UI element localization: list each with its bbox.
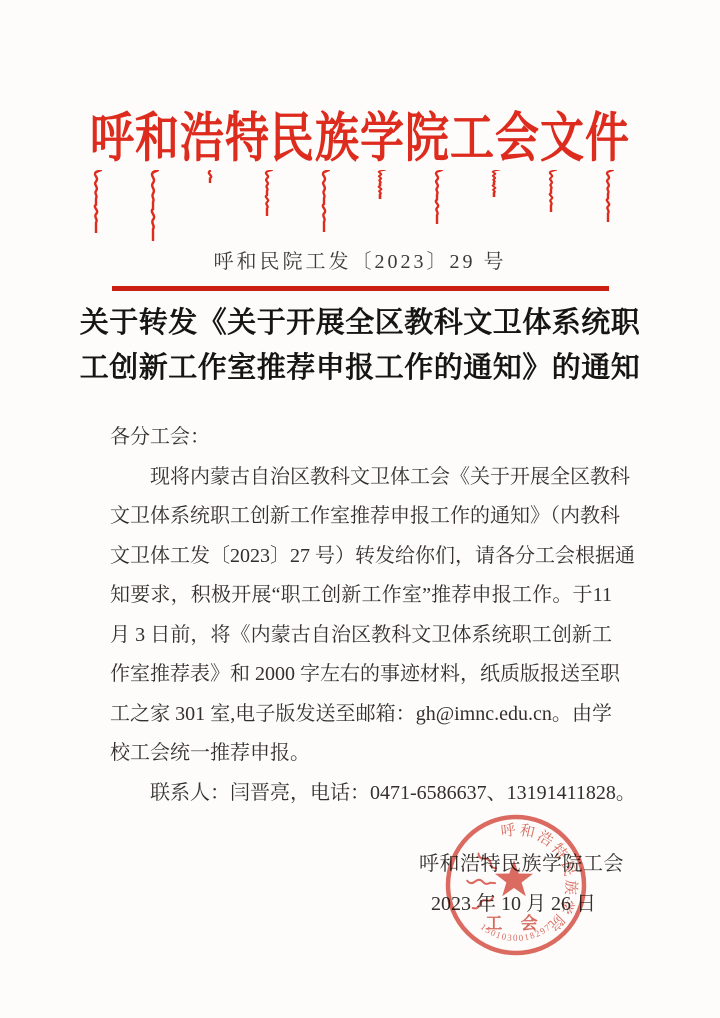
mongolian-script-glyph: [261, 170, 273, 216]
body-paragraph-line: 作室推荐表》和 2000 字左右的事迹材料，纸质版报送至职: [110, 655, 612, 695]
mongolian-script-glyph: [318, 170, 330, 232]
document-title: 关于转发《关于开展全区教科文卫体系统职 工创新工作室推荐申报工作的通知》的通知: [40, 301, 680, 391]
document-title-line-1: 关于转发《关于开展全区教科文卫体系统职: [40, 301, 680, 346]
body-paragraph-line: 校工会统一推荐申报。: [110, 734, 612, 774]
mongolian-script-glyph: [147, 170, 159, 241]
body-paragraph-line: 现将内蒙古自治区教科文卫体工会《关于开展全区教科: [110, 458, 612, 498]
mongolian-script-glyph: [488, 170, 500, 197]
document-body: 各分工会： 现将内蒙古自治区教科文卫体工会《关于开展全区教科 文卫体系统职工创新…: [110, 418, 612, 813]
official-document-page: 呼和浩特民族学院工会文件 呼和民院工发〔2023〕29 号 关于转发《关于开展全…: [0, 0, 720, 1018]
mongolian-script-glyph: [374, 170, 386, 199]
body-paragraph-line: 文卫体系统职工创新工作室推荐申报工作的通知》（内教科: [110, 497, 612, 537]
seal-star-icon: [495, 860, 533, 896]
document-title-line-2: 工创新工作室推荐申报工作的通知》的通知: [40, 346, 680, 391]
salutation: 各分工会：: [110, 418, 612, 458]
mongolian-script-row: [90, 170, 614, 241]
mongolian-script-glyph: [545, 170, 557, 212]
mongolian-script-glyph: [602, 170, 614, 222]
body-paragraph-line: 工之家 301 室,电子版发送至邮箱：gh@imnc.edu.cn。由学: [110, 695, 612, 735]
body-paragraph-line: 文卫体工发〔2023〕27 号）转发给你们，请各分工会根据通: [110, 537, 612, 577]
mongolian-script-glyph: [90, 170, 102, 233]
body-paragraph-line: 知要求，积极开展“职工创新工作室”推荐申报工作。于11: [110, 576, 612, 616]
red-separator-rule: [112, 286, 609, 291]
body-paragraph-line: 月 3 日前，将《内蒙古自治区教科文卫体系统职工创新工: [110, 616, 612, 656]
mongolian-script-glyph: [431, 170, 443, 224]
document-number: 呼和民院工发〔2023〕29 号: [0, 248, 720, 276]
contact-line: 联系人：闫晋亮，电话：0471-6586637、13191411828。: [110, 774, 612, 814]
official-seal: 呼和浩特民族学院 工 会 1501030018297: [443, 812, 589, 958]
mongolian-script-glyph: [204, 170, 216, 183]
